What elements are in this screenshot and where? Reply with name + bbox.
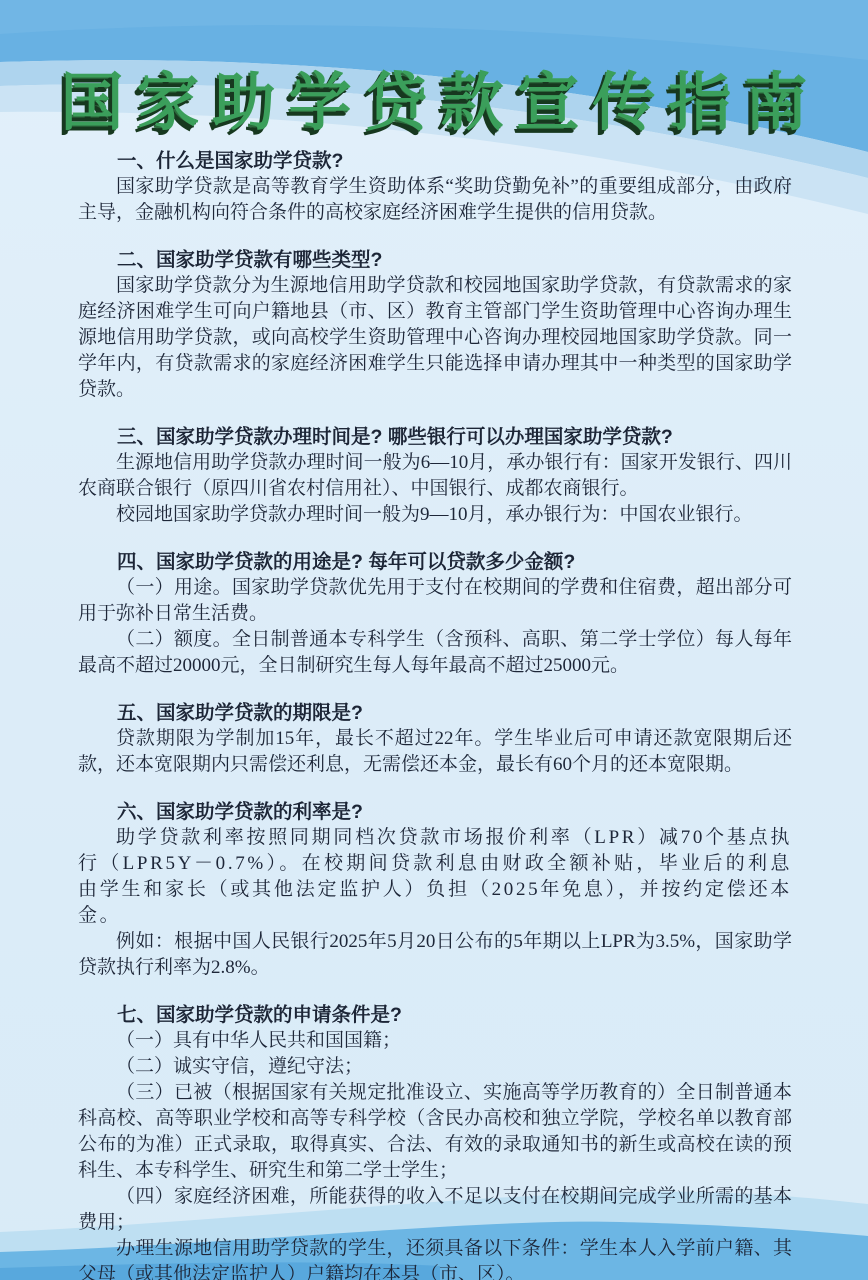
- section-heading: 三、国家助学贷款办理时间是? 哪些银行可以办理国家助学贷款?: [78, 424, 792, 450]
- paragraph: 国家助学贷款分为生源地信用助学贷款和校园地国家助学贷款，有贷款需求的家庭经济困难…: [78, 273, 792, 403]
- paragraph: 校园地国家助学贷款办理时间一般为9—10月，承办银行为：中国农业银行。: [78, 502, 792, 528]
- title-banner: 国家助学贷款宣传指南: [0, 52, 868, 143]
- paragraph: （二）额度。全日制普通本专科学生（含预科、高职、第二学士学位）每人每年最高不超过…: [78, 627, 792, 679]
- paragraph: 办理生源地信用助学贷款的学生，还须具备以下条件：学生本人入学前户籍、其父母（或其…: [78, 1236, 792, 1280]
- content-area: 一、什么是国家助学贷款? 国家助学贷款是高等教育学生资助体系“奖助贷勤免补”的重…: [78, 148, 792, 1280]
- section-heading: 四、国家助学贷款的用途是? 每年可以贷款多少金额?: [78, 549, 792, 575]
- poster: 国家助学贷款宣传指南 一、什么是国家助学贷款? 国家助学贷款是高等教育学生资助体…: [0, 0, 868, 1280]
- section-application-conditions: 七、国家助学贷款的申请条件是? （一）具有中华人民共和国国籍； （二）诚实守信，…: [78, 1002, 792, 1280]
- section-heading: 六、国家助学贷款的利率是?: [78, 799, 792, 825]
- section-heading: 七、国家助学贷款的申请条件是?: [78, 1002, 792, 1028]
- section-heading: 五、国家助学贷款的期限是?: [78, 700, 792, 726]
- paragraph: 国家助学贷款是高等教育学生资助体系“奖助贷勤免补”的重要组成部分，由政府主导，金…: [78, 174, 792, 226]
- section-time-banks: 三、国家助学贷款办理时间是? 哪些银行可以办理国家助学贷款? 生源地信用助学贷款…: [78, 424, 792, 528]
- section-what-is: 一、什么是国家助学贷款? 国家助学贷款是高等教育学生资助体系“奖助贷勤免补”的重…: [78, 148, 792, 226]
- section-term: 五、国家助学贷款的期限是? 贷款期限为学制加15年，最长不超过22年。学生毕业后…: [78, 700, 792, 778]
- section-usage-amount: 四、国家助学贷款的用途是? 每年可以贷款多少金额? （一）用途。国家助学贷款优先…: [78, 549, 792, 679]
- paragraph: 贷款期限为学制加15年，最长不超过22年。学生毕业后可申请还款宽限期后还款，还本…: [78, 726, 792, 778]
- section-heading: 二、国家助学贷款有哪些类型?: [78, 247, 792, 273]
- paragraph: （四）家庭经济困难，所能获得的收入不足以支付在校期间完成学业所需的基本费用；: [78, 1184, 792, 1236]
- paragraph: （二）诚实守信，遵纪守法；: [78, 1054, 792, 1080]
- paragraph: （一）具有中华人民共和国国籍；: [78, 1028, 792, 1054]
- section-heading: 一、什么是国家助学贷款?: [78, 148, 792, 174]
- paragraph: 生源地信用助学贷款办理时间一般为6—10月，承办银行有：国家开发银行、四川农商联…: [78, 450, 792, 502]
- paragraph: 助学贷款利率按照同期同档次贷款市场报价利率（LPR）减70个基点执行（LPR5Y…: [78, 825, 792, 929]
- paragraph: 例如：根据中国人民银行2025年5月20日公布的5年期以上LPR为3.5%，国家…: [78, 929, 792, 981]
- paragraph: （一）用途。国家助学贷款优先用于支付在校期间的学费和住宿费，超出部分可用于弥补日…: [78, 575, 792, 627]
- poster-title: 国家助学贷款宣传指南: [61, 52, 821, 143]
- section-types: 二、国家助学贷款有哪些类型? 国家助学贷款分为生源地信用助学贷款和校园地国家助学…: [78, 247, 792, 403]
- paragraph: （三）已被（根据国家有关规定批准设立、实施高等学历教育的）全日制普通本科高校、高…: [78, 1080, 792, 1184]
- section-interest-rate: 六、国家助学贷款的利率是? 助学贷款利率按照同期同档次贷款市场报价利率（LPR）…: [78, 799, 792, 981]
